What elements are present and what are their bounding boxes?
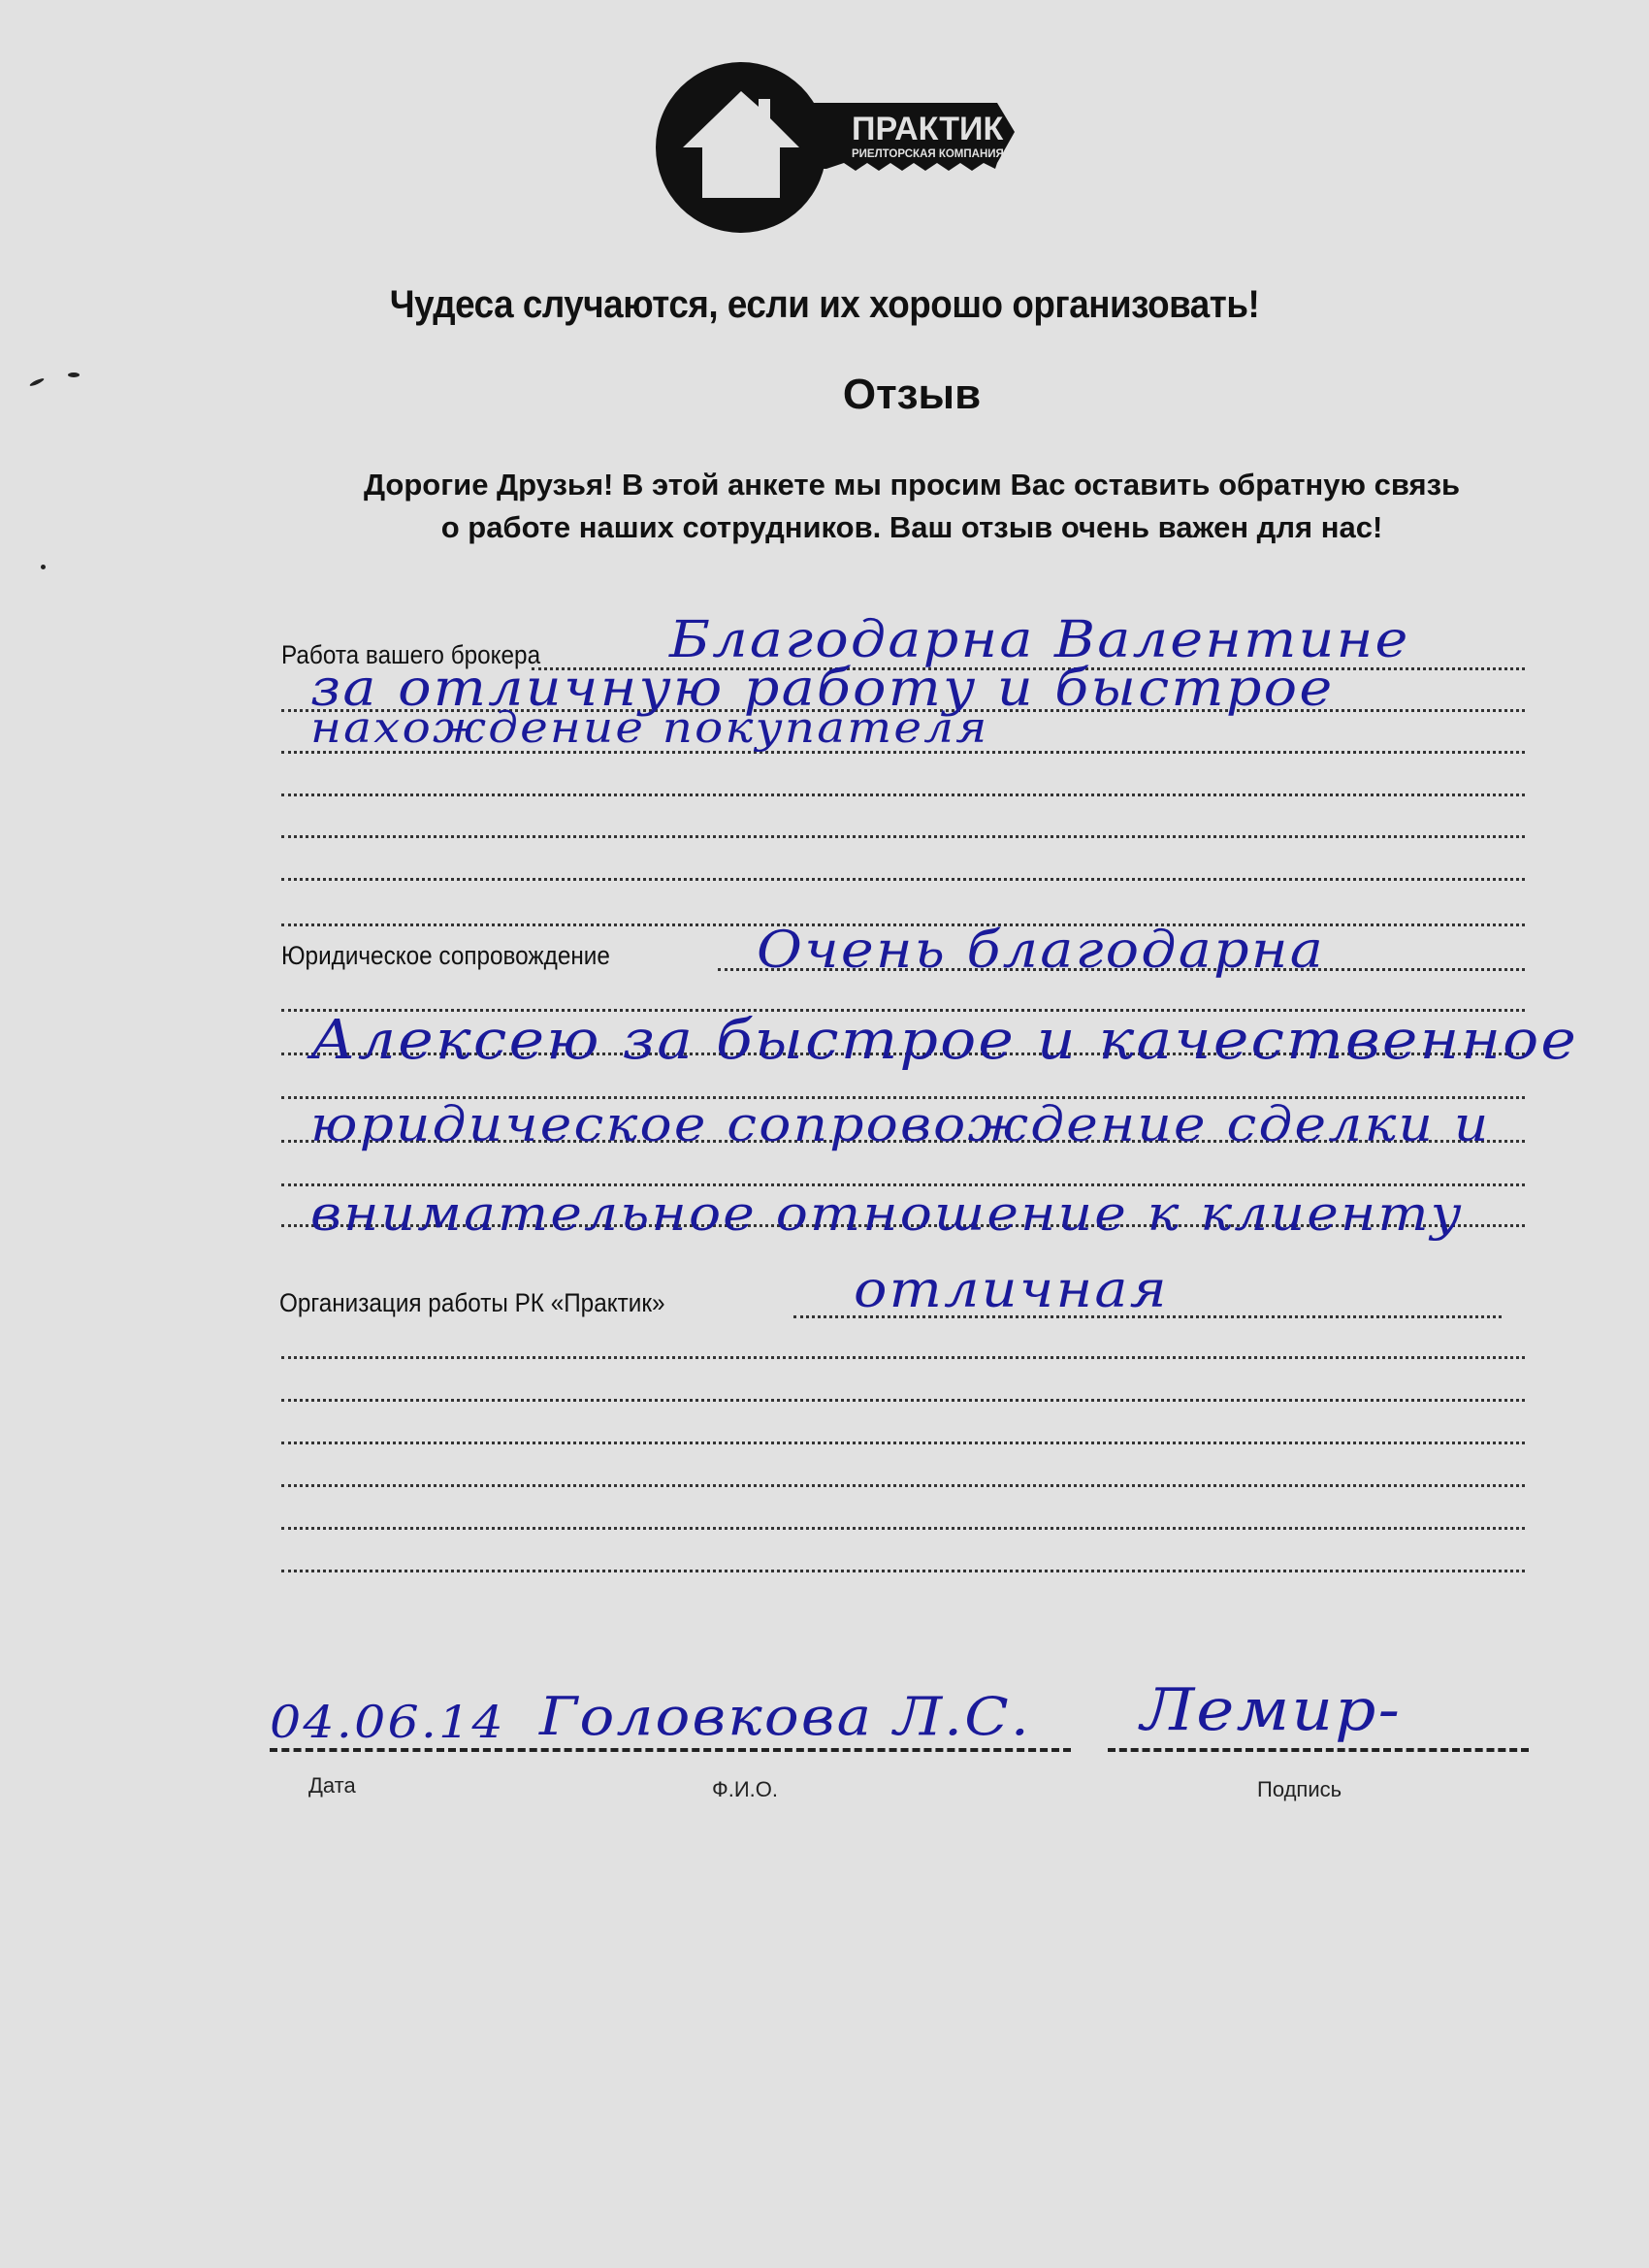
house-key-icon: ПРАКТИК РИЕЛТОРСКАЯ КОМПАНИЯ	[656, 62, 1063, 233]
svg-text:ПРАКТИК: ПРАКТИК	[852, 111, 1003, 147]
signature-line	[1108, 1748, 1529, 1752]
page-title: Отзыв	[0, 371, 1649, 419]
date-line	[270, 1748, 444, 1752]
name-line	[448, 1748, 1071, 1752]
name-label: Ф.И.О.	[712, 1777, 778, 1802]
answer-line	[281, 835, 1525, 838]
svg-text:РИЕЛТОРСКАЯ КОМПАНИЯ: РИЕЛТОРСКАЯ КОМПАНИЯ	[852, 148, 1004, 160]
date-value: 04.06.14	[270, 1696, 505, 1748]
name-value: Головкова Л.С.	[539, 1686, 1031, 1747]
answer-line	[281, 794, 1525, 796]
handwritten-answer: юридическое сопровождение сделки и	[310, 1096, 1490, 1152]
handwritten-answer: Алексею за быстрое и качественное	[310, 1009, 1578, 1072]
intro-text: Дорогие Друзья! В этой анкете мы просим …	[272, 464, 1552, 549]
answer-line	[281, 1356, 1525, 1359]
intro-line-2: о работе наших сотрудников. Ваш отзыв оч…	[272, 506, 1552, 549]
slogan: Чудеса случаются, если их хорошо организ…	[66, 283, 1583, 327]
answer-line	[281, 1399, 1525, 1402]
handwritten-answer: нахождение покупателя	[310, 703, 989, 753]
date-label: Дата	[308, 1773, 356, 1798]
legal-support-label: Юридическое сопровождение	[281, 941, 610, 971]
signature-label: Подпись	[1257, 1777, 1342, 1802]
company-organization-label: Организация работы РК «Практик»	[279, 1288, 664, 1318]
answer-line	[281, 1527, 1525, 1530]
scan-speck	[68, 373, 80, 377]
handwritten-answer: отличная	[854, 1261, 1169, 1319]
handwritten-answer: Очень благодарна	[757, 922, 1325, 980]
answer-line	[281, 1442, 1525, 1444]
answer-line	[281, 1570, 1525, 1572]
intro-line-1: Дорогие Друзья! В этой анкете мы просим …	[272, 464, 1552, 506]
answer-line	[281, 1484, 1525, 1487]
handwritten-answer: внимательное отношение к клиенту	[310, 1185, 1464, 1242]
signature-value: Лемир-	[1141, 1676, 1402, 1744]
answer-line	[281, 878, 1525, 881]
scan-speck	[41, 565, 46, 569]
